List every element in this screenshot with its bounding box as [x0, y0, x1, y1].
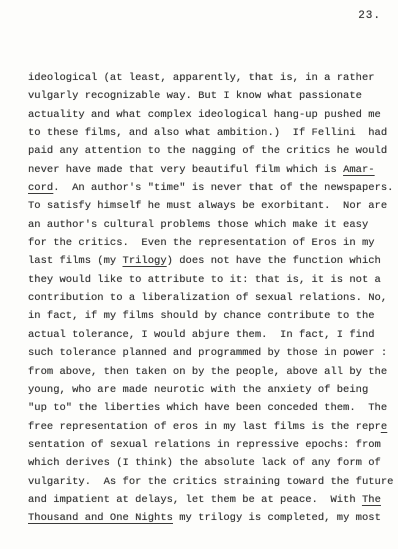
text-segment: last films (my: [28, 255, 123, 267]
text-segment: sentation of sexual relations in repress…: [28, 439, 381, 451]
text-line: paid any attention to the nagging of the…: [28, 142, 393, 160]
text-line: last films (my Trilogy) does not have th…: [28, 252, 393, 270]
text-line: young, who are made neurotic with the an…: [28, 381, 393, 399]
text-segment: which derives (I think) the absolute lac…: [28, 457, 381, 469]
text-segment: paid any attention to the nagging of the…: [28, 145, 387, 157]
underlined-text-segment: cord: [28, 182, 53, 194]
text-line: ideological (at least, apparently, that …: [28, 69, 393, 87]
page-number: 23.: [358, 10, 381, 22]
text-line: To satisfy himself he must always be exo…: [28, 197, 393, 215]
text-segment: from above, then taken on by the people,…: [28, 366, 387, 378]
text-segment: free representation of eros in my last f…: [28, 421, 381, 433]
text-segment: to these films, and also what ambition.)…: [28, 127, 387, 139]
underlined-text-segment: e: [381, 421, 387, 433]
text-line: an author's cultural problems those whic…: [28, 216, 393, 234]
text-segment: never have made that very beautiful film…: [28, 164, 343, 176]
text-segment: vulgarity. As for the critics straining …: [28, 476, 393, 488]
text-segment: "up to" the liberties which have been co…: [28, 402, 387, 414]
text-segment: To satisfy himself he must always be exo…: [28, 200, 387, 212]
text-line: vulgarity. As for the critics straining …: [28, 473, 393, 491]
text-segment: an author's cultural problems those whic…: [28, 219, 368, 231]
text-line: from above, then taken on by the people,…: [28, 363, 393, 381]
text-line: sentation of sexual relations in repress…: [28, 436, 393, 454]
text-segment: contribution to a liberalization of sexu…: [28, 292, 387, 304]
text-segment: vulgarly recognizable way. But I know wh…: [28, 90, 362, 102]
text-segment: ) does not have the function which: [167, 255, 381, 267]
text-line: cord. An author's "time" is never that o…: [28, 179, 393, 197]
text-line: actuality and what complex ideological h…: [28, 106, 393, 124]
text-segment: . An author's "time" is never that of th…: [53, 182, 393, 194]
text-segment: and impatient at delays, let them be at …: [28, 494, 362, 506]
text-line: actual tolerance, I would abjure them. I…: [28, 326, 393, 344]
text-line: for the critics. Even the representation…: [28, 234, 393, 252]
text-line: "up to" the liberties which have been co…: [28, 399, 393, 417]
text-segment: actuality and what complex ideological h…: [28, 109, 381, 121]
scanned-page: 23. ideological (at least, apparently, t…: [0, 0, 398, 549]
text-line: vulgarly recognizable way. But I know wh…: [28, 87, 393, 105]
text-segment: in fact, if my films should by chance co…: [28, 310, 375, 322]
text-block: ideological (at least, apparently, that …: [28, 69, 393, 528]
text-line: never have made that very beautiful film…: [28, 161, 393, 179]
text-line: Thousand and One Nights my trilogy is co…: [28, 509, 393, 527]
text-line: in fact, if my films should by chance co…: [28, 307, 393, 325]
text-segment: ideological (at least, apparently, that …: [28, 72, 375, 84]
text-line: free representation of eros in my last f…: [28, 418, 393, 436]
text-line: which derives (I think) the absolute lac…: [28, 454, 393, 472]
text-line: and impatient at delays, let them be at …: [28, 491, 393, 509]
text-segment: actual tolerance, I would abjure them. I…: [28, 329, 375, 341]
text-segment: my trilogy is completed, my most: [173, 512, 381, 524]
text-segment: young, who are made neurotic with the an…: [28, 384, 368, 396]
text-line: such tolerance planned and programmed by…: [28, 344, 393, 362]
underlined-text-segment: Thousand and One Nights: [28, 512, 173, 524]
text-line: to these films, and also what ambition.)…: [28, 124, 393, 142]
underlined-text-segment: The: [362, 494, 381, 506]
underlined-text-segment: Trilogy: [123, 255, 167, 267]
text-line: contribution to a liberalization of sexu…: [28, 289, 393, 307]
text-segment: for the critics. Even the representation…: [28, 237, 375, 249]
text-segment: such tolerance planned and programmed by…: [28, 347, 387, 359]
underlined-text-segment: Amar-: [343, 164, 375, 176]
text-line: they would like to attribute to it: that…: [28, 271, 393, 289]
text-segment: they would like to attribute to it: that…: [28, 274, 381, 286]
